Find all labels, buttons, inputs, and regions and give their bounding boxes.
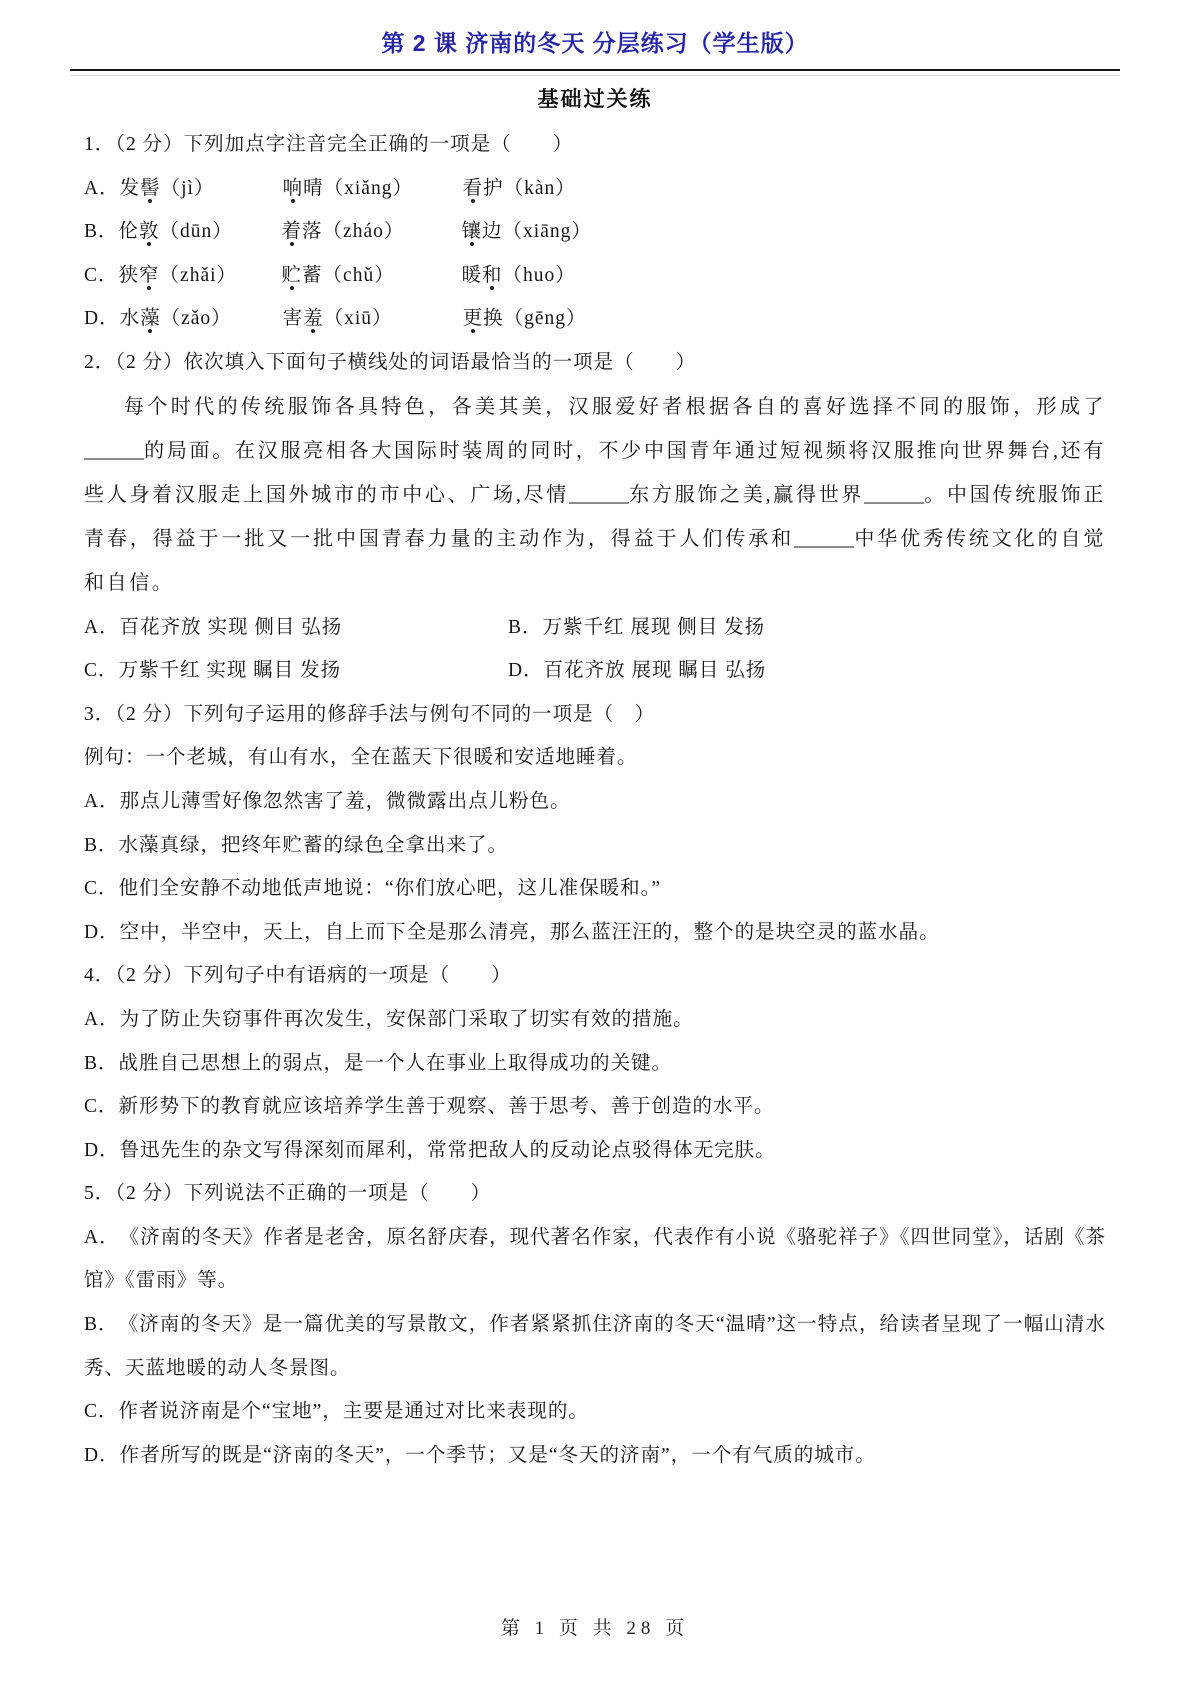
fill-blank: ______ [569,484,629,506]
option-label: D． [84,1434,120,1478]
word-post: 换 [483,308,504,329]
word-pinyin: （zhǎi） [160,265,237,286]
passage-text: 每个时代的传统服饰各具特色，各美其美，汉服爱好者根据各自的喜好选择不同的服饰，形… [124,396,1106,418]
option-label: B． [84,1042,119,1086]
word-pinyin: （jì） [161,178,215,199]
option-text: 万紫千红 展现 侧目 发扬 [543,617,766,638]
word-dotted-char: 敦 [139,221,160,242]
word-pinyin: （kàn） [504,178,576,199]
fill-blank: ______ [794,528,854,550]
word-pinyin: （dūn） [160,221,233,242]
q1-option-c: C． 狭窄（zhǎi） 贮蓄（chǔ） 暖和（huo） [84,254,1106,298]
q5-option-a: A．《济南的冬天》作者是老舍，原名舒庆春，现代著名作家，代表作有小说《骆驼祥子》… [84,1216,1106,1303]
option-text: 作者说济南是个“宝地”，主要是通过对比来表现的。 [119,1401,589,1422]
word-group: 暖和（huo） [462,254,576,298]
option-text: 《济南的冬天》作者是老舍，原名舒庆春，现代著名作家，代表作有小说《骆驼祥子》《四… [84,1227,1106,1292]
q1-option-b: B． 伦敦（dūn） 着落（zháo） 镶边（xiāng） [84,210,1106,254]
word-post: 晴 [303,178,324,199]
word-group: 害羞（xiū） [283,297,463,341]
word-pre: 暖 [462,265,483,286]
q4-option-a: A．为了防止失窃事件再次发生，安保部门采取了切实有效的措施。 [84,998,1106,1042]
word-post: 护 [483,178,504,199]
option-text: 战胜自己思想上的弱点，是一个人在事业上取得成功的关键。 [119,1053,673,1074]
word-pre: 狭 [119,265,140,286]
word-dotted-char: 贮 [282,265,303,286]
word-pre: 伦 [119,221,140,242]
word-pinyin: （xiū） [324,308,393,329]
option-text: 百花齐放 实现 侧目 弘扬 [120,617,343,638]
q3-example: 例句：一个老城，有山有水，全在蓝天下很暖和安适地睡着。 [84,736,1106,780]
word-group: 发髻（jì） [120,167,283,211]
word-group: 贮蓄（chǔ） [282,254,462,298]
q3-option-a: A．那点儿薄雪好像忽然害了羞，微微露出点儿粉色。 [84,780,1106,824]
option-label: B． [84,210,119,254]
word-pre: 害 [283,308,304,329]
q2-option-c: C．万紫千红 实现 瞩目 发扬 [84,649,508,693]
q5-option-b: B．《济南的冬天》是一篇优美的写景散文，作者紧紧抓住济南的冬天“温晴”这一特点，… [84,1303,1106,1390]
word-group: 伦敦（dūn） [119,210,282,254]
word-pinyin: （chǔ） [323,265,395,286]
word-dotted-char: 羞 [303,308,324,329]
word-pinyin: （xiāng） [503,221,592,242]
q5-option-d: D．作者所写的既是“济南的冬天”，一个季节；又是“冬天的济南”，一个有气质的城市… [84,1434,1106,1478]
word-dotted-char: 着 [282,221,303,242]
option-label: A． [84,780,120,824]
q5-stem: 5．（2 分）下列说法不正确的一项是（ ） [84,1172,1106,1216]
page-footer: 第 1 页 共 28 页 [0,1613,1190,1640]
option-text: 百花齐放 展现 瞩目 弘扬 [544,660,767,681]
q4-option-d: D．鲁迅先生的杂文写得深刻而犀利，常常把敌人的反动论点驳得体无完肤。 [84,1129,1106,1173]
word-group: 响晴（xiǎng） [283,167,463,211]
option-label: D． [84,911,120,955]
q2-option-b: B．万紫千红 展现 侧目 发扬 [508,606,765,650]
passage-text: 东方服饰之美,赢得世界 [629,484,864,506]
option-label: A． [84,998,120,1042]
word-group: 水藻（zǎo） [120,297,283,341]
q1-option-d: D． 水藻（zǎo） 害羞（xiū） 更换（gēng） [84,297,1106,341]
word-pinyin: （zǎo） [161,308,232,329]
word-group: 着落（zháo） [282,210,462,254]
word-group: 更换（gēng） [463,297,587,341]
option-label: C． [84,649,119,693]
word-dotted-char: 和 [482,265,503,286]
q2-options-row-2: C．万紫千红 实现 瞩目 发扬 D．百花齐放 展现 瞩目 弘扬 [84,649,1106,693]
word-dotted-char: 窄 [139,265,160,286]
word-group: 镶边（xiāng） [462,210,592,254]
option-label: A． [84,606,120,650]
word-dotted-char: 藻 [140,308,161,329]
option-label: C． [84,867,119,911]
option-label: D． [508,649,544,693]
option-label: B． [84,1303,119,1347]
word-dotted-char: 看 [463,178,484,199]
fill-blank: ______ [84,440,144,462]
word-dotted-char: 髻 [140,178,161,199]
word-group: 看护（kàn） [463,167,576,211]
option-label: C． [84,1390,119,1434]
word-post: 边 [482,221,503,242]
option-text: 万紫千红 实现 瞩目 发扬 [119,660,342,681]
q3-stem: 3．（2 分）下列句子运用的修辞手法与例句不同的一项是（ ） [84,693,1106,737]
q1-stem: 1．（2 分）下列加点字注音完全正确的一项是（ ） [84,123,1106,167]
option-label: D． [84,297,120,341]
option-label: B． [84,824,119,868]
word-group: 狭窄（zhǎi） [119,254,282,298]
q1-option-a: A． 发髻（jì） 响晴（xiǎng） 看护（kàn） [84,167,1106,211]
option-text: 《济南的冬天》是一篇优美的写景散文，作者紧紧抓住济南的冬天“温晴”这一特点，给读… [84,1314,1106,1379]
word-pre: 发 [120,178,141,199]
q2-passage: 每个时代的传统服饰各具特色，各美其美，汉服爱好者根据各自的喜好选择不同的服饰，形… [84,385,1106,606]
option-label: D． [84,1129,120,1173]
doc-title: 第 2 课 济南的冬天 分层练习（学生版） [0,0,1190,58]
option-label: C． [84,1085,119,1129]
q2-options-row-1: A．百花齐放 实现 侧目 弘扬 B．万紫千红 展现 侧目 发扬 [84,606,1106,650]
q3-option-d: D．空中，半空中，天上，自上而下全是那么清亮，那么蓝汪汪的，整个的是块空灵的蓝水… [84,911,1106,955]
word-pinyin: （xiǎng） [324,178,413,199]
option-text: 空中，半空中，天上，自上而下全是那么清亮，那么蓝汪汪的，整个的是块空灵的蓝水晶。 [120,922,940,943]
section-title: 基础过关练 [0,85,1190,115]
q4-option-c: C．新形势下的教育就应该培养学生善于观察、善于思考、善于创造的水平。 [84,1085,1106,1129]
option-text: 为了防止失窃事件再次发生，安保部门采取了切实有效的措施。 [120,1009,694,1030]
q3-option-c: C．他们全安静不动地低声地说：“你们放心吧，这儿准保暖和。” [84,867,1106,911]
word-pinyin: （zháo） [323,221,405,242]
option-text: 新形势下的教育就应该培养学生善于观察、善于思考、善于创造的水平。 [119,1096,775,1117]
option-label: A． [84,1216,120,1260]
q4-stem: 4．（2 分）下列句子中有语病的一项是（ ） [84,954,1106,998]
option-text: 水藻真绿，把终年贮蓄的绿色全拿出来了。 [119,835,509,856]
option-text: 鲁迅先生的杂文写得深刻而犀利，常常把敌人的反动论点驳得体无完肤。 [120,1140,776,1161]
word-pinyin: （huo） [503,265,576,286]
q2-stem: 2．（2 分）依次填入下面句子横线处的词语最恰当的一项是（ ） [84,341,1106,385]
word-dotted-char: 更 [463,308,484,329]
word-dotted-char: 镶 [462,221,483,242]
q2-option-d: D．百花齐放 展现 瞩目 弘扬 [508,649,766,693]
option-label: A． [84,167,120,211]
q2-option-a: A．百花齐放 实现 侧目 弘扬 [84,606,508,650]
q5-option-c: C．作者说济南是个“宝地”，主要是通过对比来表现的。 [84,1390,1106,1434]
option-label: B． [508,606,543,650]
word-post: 蓄 [302,265,323,286]
worksheet-page: 第 2 课 济南的冬天 分层练习（学生版） 基础过关练 1．（2 分）下列加点字… [0,0,1190,1682]
option-label: C． [84,254,119,298]
q3-option-b: B．水藻真绿，把终年贮蓄的绿色全拿出来了。 [84,824,1106,868]
word-post: 落 [302,221,323,242]
option-text: 他们全安静不动地低声地说：“你们放心吧，这儿准保暖和。” [119,878,662,899]
option-text: 作者所写的既是“济南的冬天”，一个季节；又是“冬天的济南”，一个有气质的城市。 [120,1445,876,1466]
option-text: 那点儿薄雪好像忽然害了羞，微微露出点儿粉色。 [120,791,571,812]
fill-blank: ______ [864,484,924,506]
word-pre: 水 [120,308,141,329]
title-rule [70,69,1120,76]
word-pinyin: （gēng） [504,308,587,329]
word-dotted-char: 响 [283,178,304,199]
q4-option-b: B．战胜自己思想上的弱点，是一个人在事业上取得成功的关键。 [84,1042,1106,1086]
worksheet-content: 1．（2 分）下列加点字注音完全正确的一项是（ ） A． 发髻（jì） 响晴（x… [0,121,1190,1477]
